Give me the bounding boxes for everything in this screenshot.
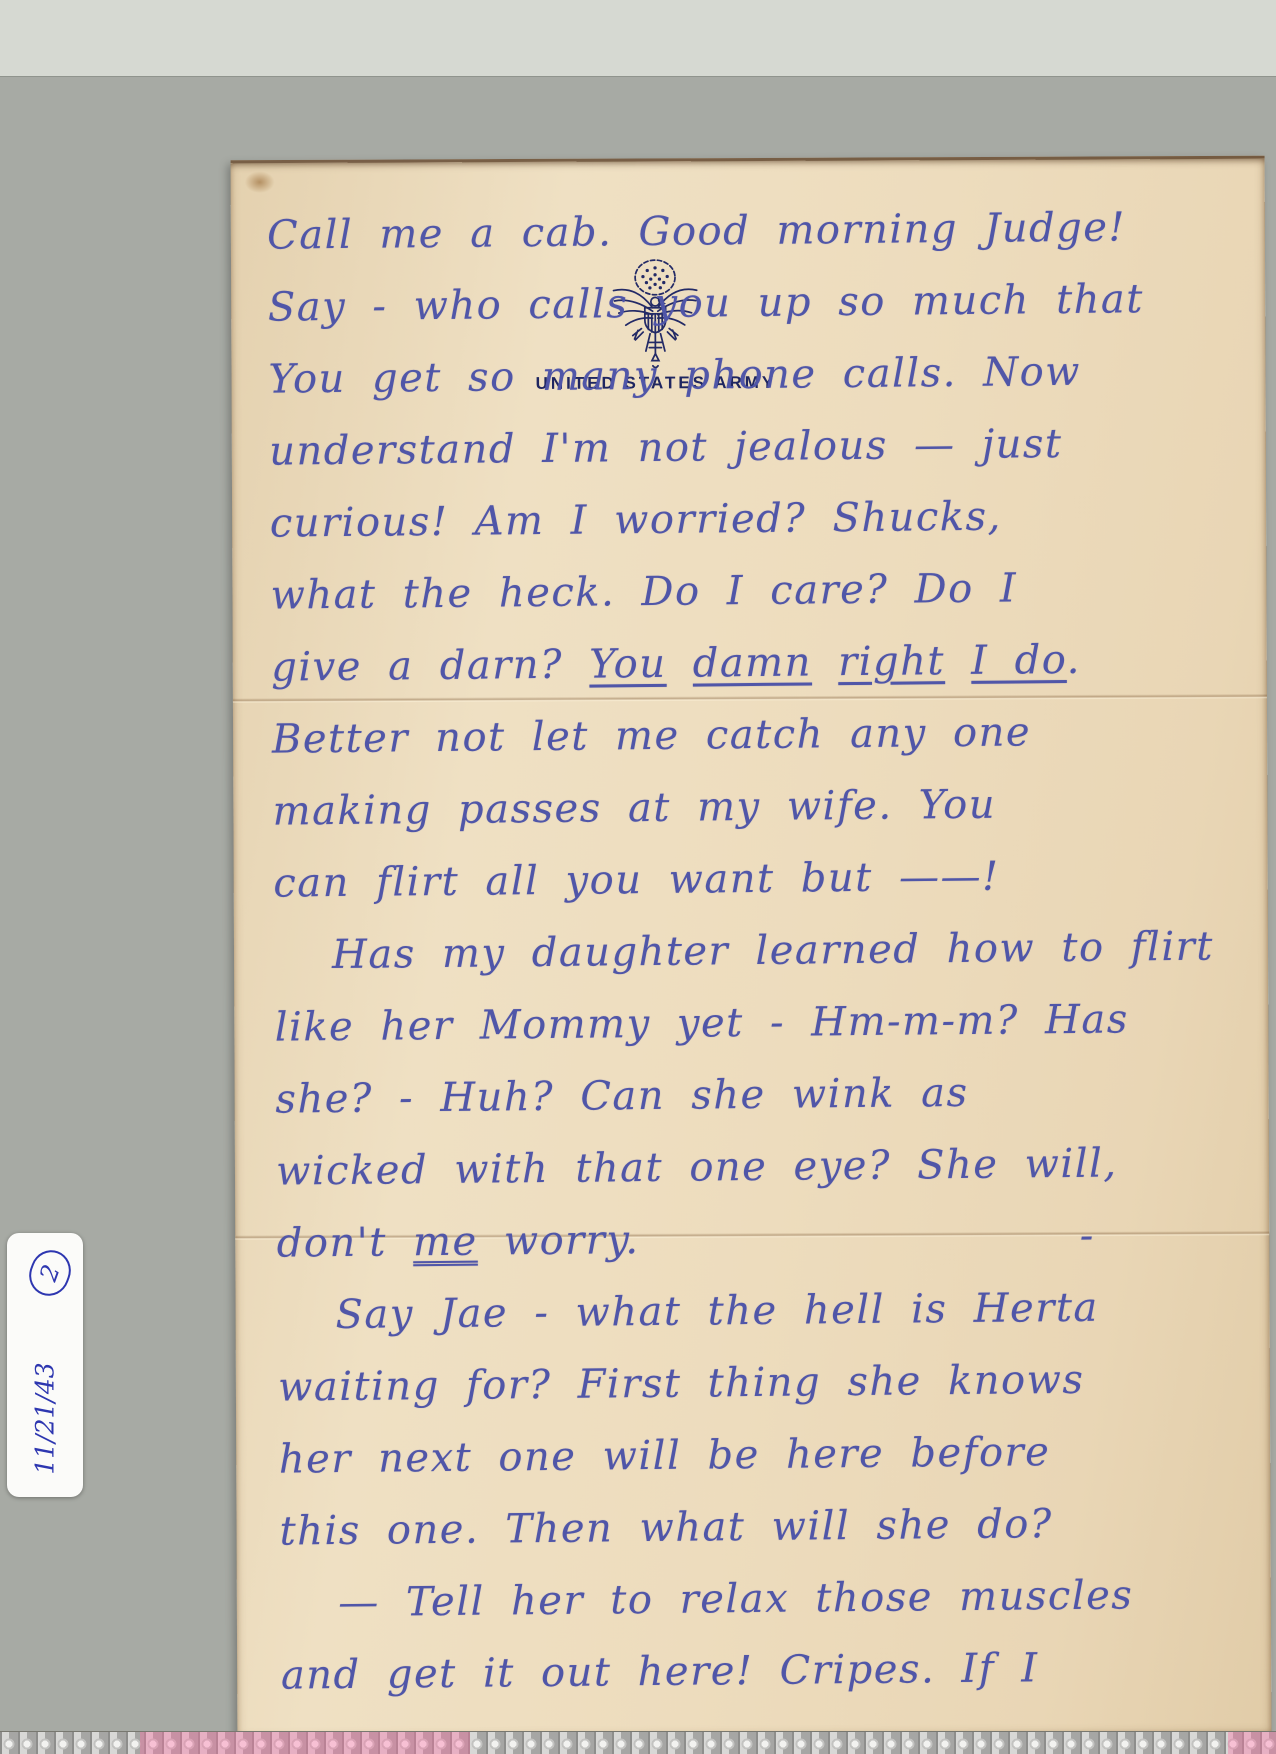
letter-line: Say - who calls you up so much that: [267, 262, 1236, 343]
letter-line: making passes at my wife. You: [272, 766, 1241, 847]
letter-line-segment: she? - Huh? Can she wink as: [275, 1070, 969, 1123]
letter-line: Better not let me catch any one: [272, 694, 1241, 775]
scanner-lid-top-band: [0, 0, 1276, 77]
letter-line-segment: wicked with that one eye? She will,: [276, 1141, 1118, 1195]
sleeve-perforation-strip: [0, 1731, 1276, 1754]
letter-line-segment: and get it out here! Cripes. If I: [281, 1645, 1039, 1698]
letter-line: Has my daughter learned how to flirt: [274, 910, 1243, 991]
letter-line: like her Mommy yet - Hm-m-m? Has: [274, 982, 1243, 1063]
letter-line-segment: [812, 639, 839, 685]
letter-line-segment: .: [1066, 637, 1081, 683]
letter-line-segment: You get so many phone calls. Now: [268, 349, 1081, 403]
label-date-wrap: 11/21/43: [7, 1343, 83, 1493]
scan-artifact-pink: [1228, 1732, 1276, 1754]
letter-line: give a darn? You damn right I do.: [271, 622, 1240, 703]
letter-line-segment: making passes at my wife. You: [272, 782, 996, 835]
letter-line-segment: Has my daughter learned how to flirt: [332, 924, 1214, 978]
letter-line-segment: Call me a cab. Good morning Judge!: [267, 204, 1126, 258]
letter-line-segment: don't: [277, 1219, 414, 1266]
page-number-circle: 2: [23, 1245, 76, 1302]
letter-line-segment: worry.: [477, 1217, 639, 1265]
letter-line: what the heck. Do I care? Do I: [270, 550, 1239, 631]
letter-line-segment: [945, 638, 972, 684]
letter-line-segment: her next one will be here before: [279, 1429, 1051, 1482]
letter-line-segment: You: [589, 641, 667, 688]
letter-line: You get so many phone calls. Now: [268, 334, 1237, 415]
letter-line-segment: — Tell her to relax those muscles: [338, 1572, 1133, 1626]
letter-line-segment: give a darn?: [271, 642, 589, 691]
letter-paper: UNITED STATES ARMY Call me a cab. Good m…: [231, 156, 1272, 1738]
letter-line: Say Jae - what the hell is Herta: [277, 1270, 1246, 1351]
letter-line-segment: waiting for? First thing she knows: [278, 1357, 1085, 1411]
letter-line-segment: right: [838, 638, 945, 685]
letter-line-trailing-dash: -: [1079, 1200, 1095, 1272]
scan-artifact-pink: [140, 1732, 470, 1754]
letter-line-segment: can flirt all you want but ——!: [273, 854, 1000, 907]
letter-line-segment: me: [413, 1219, 478, 1266]
paper-stain: [245, 171, 275, 193]
letter-line: can flirt all you want but ——!: [273, 838, 1242, 919]
letter-lines: Call me a cab. Good morning Judge!Say - …: [267, 190, 1249, 1711]
letter-line-segment: understand I'm not jealous — just: [269, 421, 1063, 475]
letter-line-segment: like her Mommy yet - Hm-m-m? Has: [275, 996, 1130, 1050]
archival-label: 2 11/21/43: [7, 1233, 83, 1497]
letter-line: waiting for? First thing she knows: [278, 1342, 1247, 1423]
letter-line: this one. Then what will she do?: [279, 1486, 1248, 1567]
letter-line: -don't me worry.: [276, 1198, 1245, 1279]
letter-line-segment: [666, 641, 693, 687]
letter-line: Call me a cab. Good morning Judge!: [267, 190, 1236, 271]
letter-line-segment: Say Jae - what the hell is Herta: [335, 1285, 1099, 1338]
label-date: 11/21/43: [31, 1362, 60, 1474]
letter-line: curious! Am I worried? Shucks,: [270, 478, 1239, 559]
letter-line-segment: I do: [971, 637, 1067, 684]
letter-line: — Tell her to relax those muscles: [280, 1558, 1249, 1639]
letter-line-segment: damn: [692, 639, 812, 686]
letter-line: she? - Huh? Can she wink as: [275, 1054, 1244, 1135]
letter-line-segment: Say - who calls you up so much that: [268, 276, 1144, 330]
letter-line-segment: what the heck. Do I care? Do I: [270, 565, 1017, 618]
letter-line: wicked with that one eye? She will,: [276, 1126, 1245, 1207]
letter-line-segment: Better not let me catch any one: [272, 709, 1031, 762]
letter-line: her next one will be here before: [279, 1414, 1248, 1495]
letter-line-segment: this one. Then what will she do?: [279, 1501, 1053, 1554]
letter-line-segment: curious! Am I worried? Shucks,: [270, 494, 1002, 547]
letterhead: UNITED STATES ARMY: [231, 159, 1265, 164]
letter-line: understand I'm not jealous — just: [269, 406, 1238, 487]
letter-line: and get it out here! Cripes. If I: [281, 1630, 1250, 1711]
